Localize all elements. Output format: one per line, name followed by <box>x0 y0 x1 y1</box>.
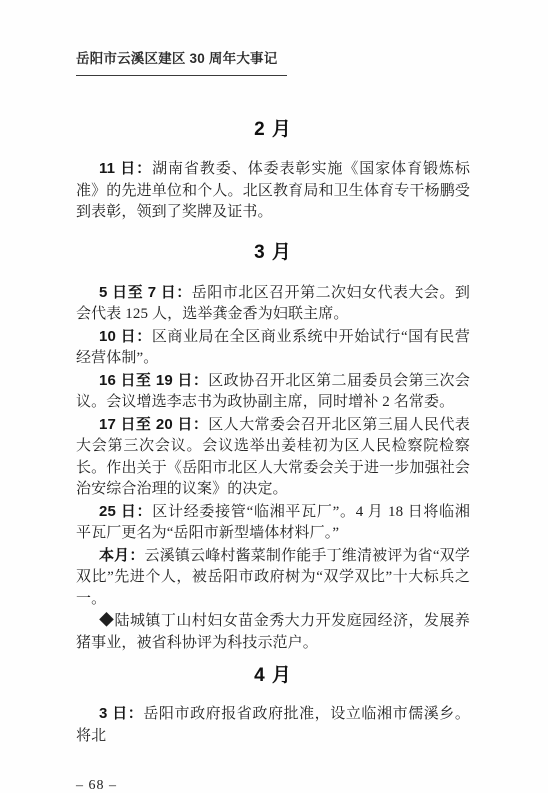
paragraph: 11 日：湖南省教委、体委表彰实施《国家体育锻炼标准》的先进单位和个人。北区教育… <box>76 158 470 224</box>
paragraph: 25 日：区计经委接管“临湘平瓦厂”。4 月 18 日将临湘平瓦厂更名为“岳阳市… <box>76 501 470 545</box>
paragraph-diamond-item: ◆陆城镇丁山村妇女苗金秀大力开发庭园经济，发展养猪事业，被省科协评为科技示范户。 <box>76 610 470 654</box>
paragraph: 5 日至 7 日：岳阳市北区召开第二次妇女代表大会。到会代表 125 人，选举龚… <box>76 282 470 326</box>
date-prefix: 本月： <box>99 547 145 564</box>
date-prefix: 10 日： <box>99 328 152 345</box>
section-heading-february: 2 月 <box>76 119 470 141</box>
book-page: 岳阳市云溪区建区 30 周年大事记 2 月 11 日：湖南省教委、体委表彰实施《… <box>0 0 548 793</box>
date-prefix: 17 日至 20 日： <box>99 416 208 433</box>
date-prefix: 3 日： <box>99 705 143 722</box>
section-body-march: 5 日至 7 日：岳阳市北区召开第二次妇女代表大会。到会代表 125 人，选举龚… <box>76 282 470 655</box>
date-prefix: 11 日： <box>99 160 152 177</box>
date-prefix: 5 日至 7 日： <box>99 284 192 301</box>
section-heading-april: 4 月 <box>76 665 470 687</box>
date-prefix: 16 日至 19 日： <box>99 372 208 389</box>
section-body-april: 3 日：岳阳市政府报省政府批准，设立临湘市儒溪乡。将北 <box>76 703 470 747</box>
paragraph-text: ◆陆城镇丁山村妇女苗金秀大力开发庭园经济，发展养猪事业，被省科协评为科技示范户。 <box>76 613 470 651</box>
date-prefix: 25 日： <box>99 503 152 520</box>
paragraph: 17 日至 20 日：区人大常委会召开北区第三届人民代表大会第三次会议。会议选举… <box>76 414 470 501</box>
paragraph: 16 日至 19 日：区政协召开北区第二届委员会第三次会议。会议增选李志书为政协… <box>76 370 470 414</box>
paragraph: 3 日：岳阳市政府报省政府批准，设立临湘市儒溪乡。将北 <box>76 703 470 747</box>
section-heading-march: 3 月 <box>76 242 470 264</box>
running-header: 岳阳市云溪区建区 30 周年大事记 <box>76 50 287 76</box>
paragraph: 10 日：区商业局在全区商业系统中开始试行“国有民营经营体制”。 <box>76 326 470 370</box>
page-number: – 68 – <box>76 778 548 793</box>
section-body-february: 11 日：湖南省教委、体委表彰实施《国家体育锻炼标准》的先进单位和个人。北区教育… <box>76 158 470 224</box>
paragraph: 本月：云溪镇云峰村酱菜制作能手丁维清被评为省“双学双比”先进个人，被岳阳市政府树… <box>76 545 470 611</box>
